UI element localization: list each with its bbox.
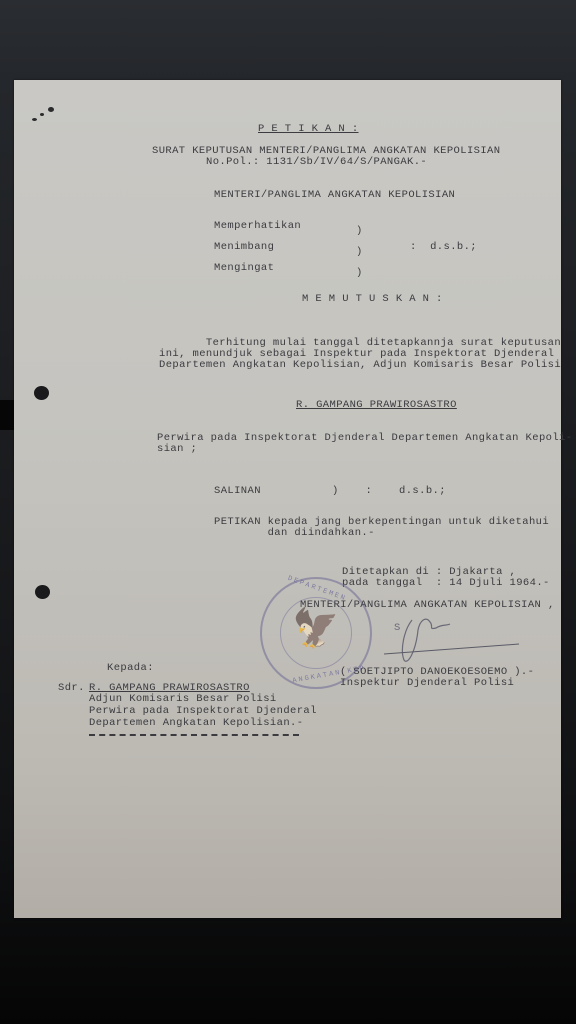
punch-hole [34,386,49,400]
issued-date: pada tanggal : 14 Djuli 1964.- [342,578,550,589]
punch-hole [35,585,50,599]
petikan-line: dan diindahkan.- [214,528,375,539]
decides-heading: M E M U T U S K A N : [302,294,443,305]
signature-icon [384,610,524,670]
decree-number: No.Pol.: 1131/Sb/IV/64/S/PANGAK.- [206,157,427,168]
recipient-line: Perwira pada Inspektorat Djenderal [89,706,317,717]
recipient-heading: Kepada: [107,663,154,674]
document-header: P E T I K A N : [258,124,359,135]
document-page: P E T I K A N : SURAT KEPUTUSAN MENTERI/… [14,80,561,918]
garuda-emblem-icon: 🦅 [292,607,340,657]
consideration-brace: ))) [356,221,363,284]
pin-mark [48,107,54,112]
consideration-label: Menimbang [214,242,274,253]
recipient-prefix: Sdr. [58,683,85,694]
recipient-line: Departemen Angkatan Kepolisian.- [89,718,303,729]
appointee-name: R. GAMPANG PRAWIROSASTRO [296,400,457,411]
consideration-value: : d.s.b.; [410,242,477,253]
background-shadow [0,400,14,430]
pin-mark [40,113,44,116]
consideration-label: Memperhatikan [214,221,301,232]
salinan-value: ) : d.s.b.; [332,486,446,497]
salinan-label: SALINAN [214,486,261,497]
consideration-label: Mengingat [214,263,274,274]
issuer-heading: MENTERI/PANGLIMA ANGKATAN KEPOLISIAN [214,190,455,201]
appointee-role: Perwira pada Inspektorat Djenderal Depar… [157,433,572,444]
body-line: Departemen Angkatan Kepolisian, Adjun Ko… [159,360,561,371]
appointee-role: sian ; [157,444,197,455]
pin-mark [32,118,37,121]
signature-mark: S [394,623,401,634]
signatory-title: Inspektur Djenderal Polisi [340,678,514,689]
recipient-line: Adjun Komisaris Besar Polisi [89,694,277,705]
divider-line [89,734,299,736]
